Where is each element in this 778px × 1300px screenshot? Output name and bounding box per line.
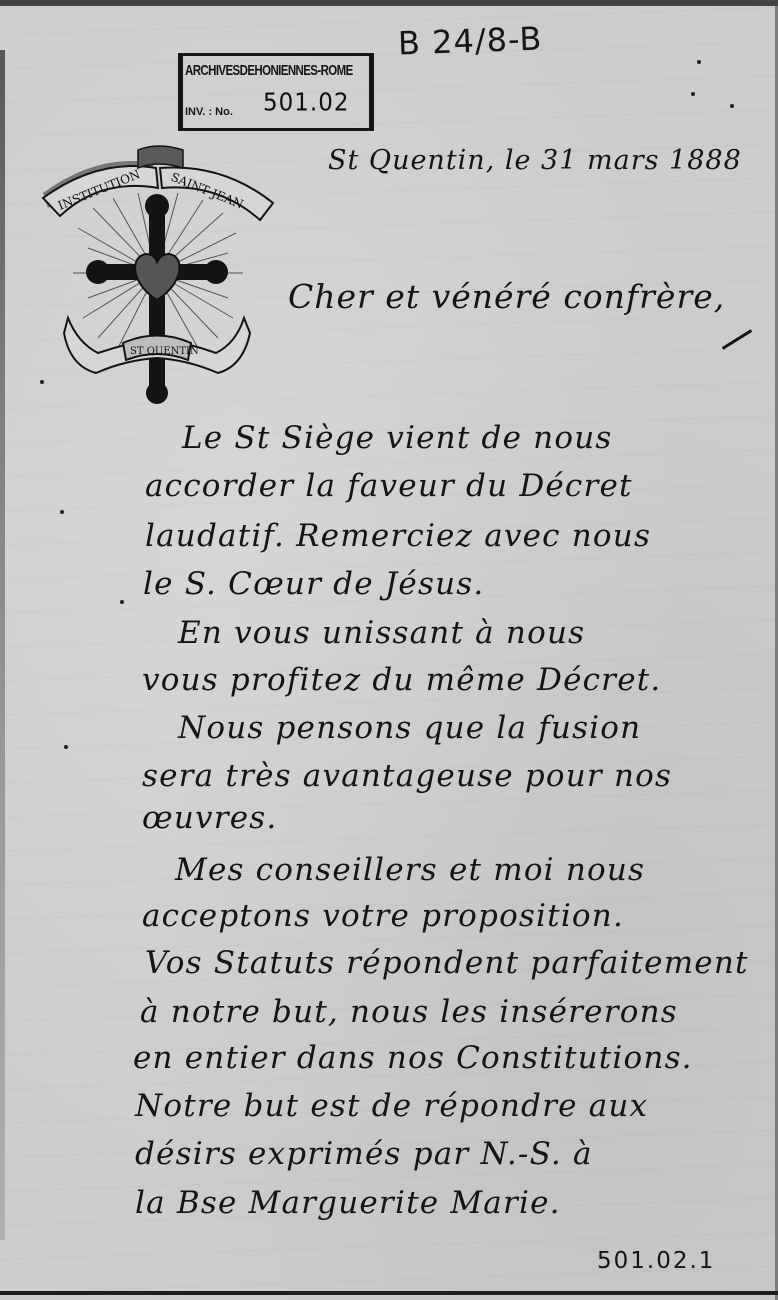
scan-speck (697, 60, 701, 64)
letterhead-emblem: INSTITUTION SAINT JEAN ST QUENTIN (38, 138, 288, 413)
date-line: St Quentin, le 31 mars 1888 (328, 145, 742, 176)
body-line: désirs exprimés par N.-S. à (135, 1136, 593, 1172)
body-line: Mes conseillers et moi nous (175, 852, 645, 888)
body-line: Le St Siège vient de nous (182, 420, 612, 456)
salutation-stroke (722, 329, 752, 350)
scan-speck (691, 92, 695, 96)
scanned-letter-page: ARCHIVESDEHONIENNES-ROME INV. : No. 501.… (0, 0, 778, 1300)
scan-edge-bottom (0, 1291, 778, 1295)
scan-edge-left (0, 50, 5, 1240)
body-line: acceptons votre proposition. (142, 898, 624, 934)
scan-speck (64, 745, 68, 749)
scan-speck (60, 510, 64, 514)
banner-bottom-text: ST QUENTIN (130, 346, 199, 357)
scan-speck (40, 380, 44, 384)
body-line: en entier dans nos Constitutions. (133, 1040, 693, 1076)
salutation: Cher et vénéré confrère, (288, 277, 725, 316)
body-line: En vous unissant à nous (178, 615, 585, 651)
scan-speck (730, 104, 734, 108)
page-number: 501.02.1 (597, 1248, 715, 1274)
inventory-number: 501.02 (263, 89, 349, 118)
body-line: laudatif. Remerciez avec nous (145, 518, 651, 554)
body-line: Nous pensons que la fusion (178, 710, 641, 746)
body-line: accorder la faveur du Décret (145, 468, 633, 504)
archive-stamp: ARCHIVESDEHONIENNES-ROME INV. : No. 501.… (178, 53, 374, 131)
body-line: Vos Statuts répondent parfaitement (145, 945, 749, 981)
body-line: vous profitez du même Décret. (142, 662, 661, 698)
body-line: œuvres. (142, 800, 277, 836)
archive-stamp-title: ARCHIVESDEHONIENNES-ROME (185, 64, 371, 79)
reference-code: B 24/8-B (397, 19, 543, 62)
sacred-heart-cross-icon: INSTITUTION SAINT JEAN ST QUENTIN (38, 138, 288, 413)
body-line: le S. Cœur de Jésus. (143, 566, 484, 602)
scan-speck (120, 600, 124, 604)
body-line: la Bse Marguerite Marie. (135, 1185, 561, 1221)
body-line: Notre but est de répondre aux (135, 1088, 648, 1124)
inventory-label: INV. : No. (185, 106, 233, 118)
body-line: à notre but, nous les insérerons (140, 994, 678, 1030)
body-line: sera très avantageuse pour nos (142, 758, 672, 794)
scan-edge-top (0, 0, 778, 6)
